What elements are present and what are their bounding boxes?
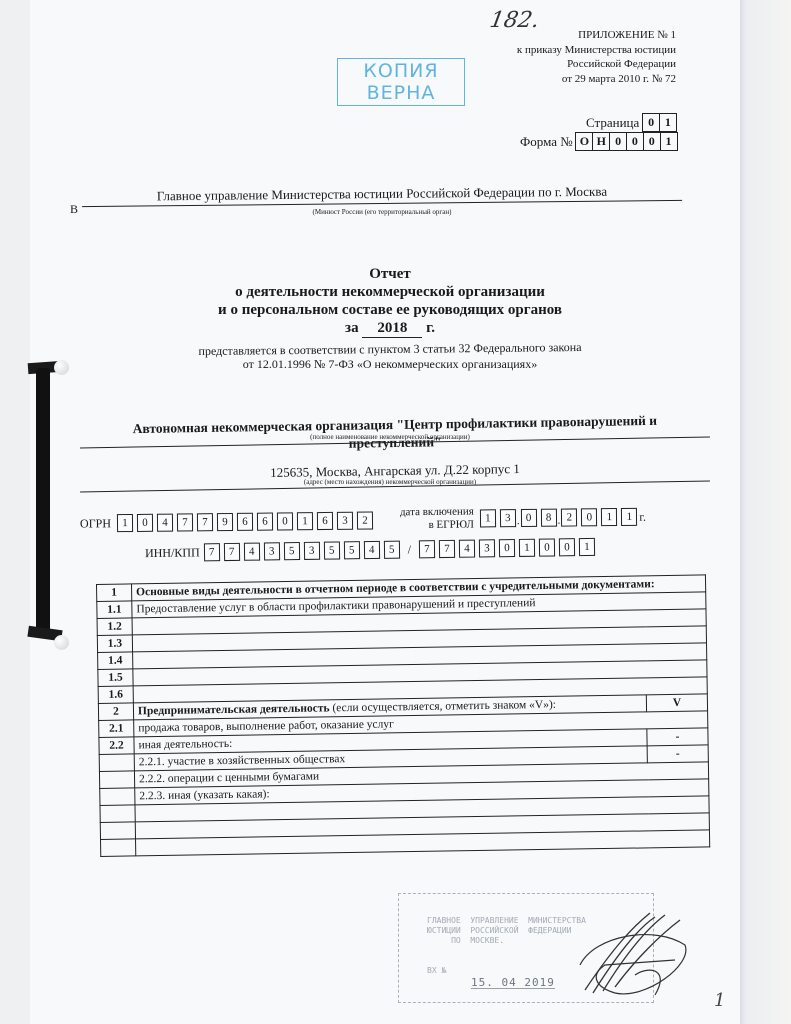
inn-kpp-separator: / bbox=[408, 542, 412, 557]
egrul-digit-cell: 8 bbox=[540, 509, 556, 527]
ogrn-field: ОГРН 1047796601632 bbox=[80, 511, 377, 532]
appendix-header: ПРИЛОЖЕНИЕ № 1 к приказу Министерства юс… bbox=[517, 28, 676, 86]
recipient-caption: (Минюст России (его территориальный орга… bbox=[82, 208, 682, 216]
appendix-line: ПРИЛОЖЕНИЕ № 1 bbox=[517, 28, 676, 43]
egrul-digit-cell: 1 bbox=[601, 508, 617, 526]
row-number: 2.1 bbox=[99, 720, 134, 738]
ogrn-digit-cell: 7 bbox=[177, 513, 193, 531]
kpp-digit-cell: 3 bbox=[479, 539, 495, 557]
ogrn-digit-cell: 6 bbox=[317, 512, 333, 530]
egrul-date-field: дата включения в ЕГРЮЛ 13.08.2011 г. bbox=[400, 504, 646, 533]
binding-ribbon bbox=[28, 360, 66, 645]
kpp-digit-cell: 1 bbox=[579, 538, 595, 556]
inn-digit-cell: 3 bbox=[304, 542, 320, 560]
kpp-digit-cell: 0 bbox=[499, 539, 515, 557]
egrul-digit-cell: 2 bbox=[561, 508, 577, 526]
form-digit-cell: 0 bbox=[643, 132, 661, 151]
inn-digit-cell: 7 bbox=[224, 543, 240, 561]
form-label: Форма № bbox=[520, 134, 573, 150]
appendix-line: от 29 марта 2010 г. № 72 bbox=[517, 72, 676, 87]
year-suffix: г. bbox=[426, 320, 435, 336]
row-number: 1 bbox=[97, 584, 132, 602]
row-number: 1.3 bbox=[97, 635, 132, 653]
appendix-line: Российской Федерации bbox=[517, 57, 676, 72]
egrul-date-cells: 13.08.2011 bbox=[480, 508, 642, 528]
row-number: 1.4 bbox=[98, 652, 133, 670]
row-number: 2.2 bbox=[99, 737, 134, 755]
page-number-field: Страница 01 bbox=[586, 113, 677, 132]
inn-digit-cell: 5 bbox=[324, 541, 340, 559]
appendix-line: к приказу Министерства юстиции bbox=[517, 43, 676, 58]
ogrn-label: ОГРН bbox=[80, 516, 111, 531]
form-number-field: Форма № ОН0001 bbox=[520, 132, 678, 151]
row-mark: - bbox=[647, 728, 708, 746]
row-number: 1.6 bbox=[98, 686, 133, 704]
report-subtitle-1: о деятельности некоммерческой организаци… bbox=[90, 284, 690, 301]
inn-digit-cell: 5 bbox=[284, 542, 300, 560]
stamp-line: КОПИЯ bbox=[338, 60, 464, 82]
org-name-caption: (полное наименование некоммерческой орга… bbox=[90, 433, 690, 441]
egrul-label: дата включения в ЕГРЮЛ bbox=[400, 506, 474, 533]
ogrn-digit-cell: 7 bbox=[197, 513, 213, 531]
page-digit-cell: 0 bbox=[642, 113, 660, 132]
form-digit-cell: 0 bbox=[626, 132, 644, 151]
stamp-line: ВЕРНА bbox=[338, 82, 464, 104]
egrul-digit-cell: 0 bbox=[581, 508, 597, 526]
egrul-digit-cell: 1 bbox=[480, 509, 496, 527]
incoming-number-label: ВХ № bbox=[427, 966, 446, 976]
row-number bbox=[100, 805, 135, 823]
row-number: 1.2 bbox=[97, 618, 132, 636]
copy-certified-stamp: КОПИЯ ВЕРНА bbox=[337, 58, 465, 106]
kpp-digit-cell: 1 bbox=[519, 539, 535, 557]
inn-kpp-label: ИНН/КПП bbox=[145, 545, 200, 561]
report-year-line: за 2018 г. bbox=[90, 320, 690, 338]
ogrn-digit-cell: 3 bbox=[337, 512, 353, 530]
form-digit-cell: 1 bbox=[660, 132, 678, 151]
inn-digit-cell: 4 bbox=[244, 543, 260, 561]
inn-digit-cell: 7 bbox=[204, 543, 220, 561]
inn-digit-cell: 3 bbox=[264, 542, 280, 560]
ogrn-digit-cell: 1 bbox=[117, 514, 133, 532]
row-number bbox=[100, 788, 135, 806]
date-separator: . bbox=[558, 515, 561, 527]
row-mark: - bbox=[647, 745, 708, 763]
row-number: 1.5 bbox=[98, 669, 133, 687]
row-mark: V bbox=[646, 694, 707, 712]
form-digit-cell: Н bbox=[592, 132, 610, 151]
egrul-year-suffix: г. bbox=[639, 509, 646, 524]
report-subtitle-2: и о персональном составе ее руководящих … bbox=[90, 302, 690, 319]
inn-digit-cell: 5 bbox=[344, 541, 360, 559]
row-number bbox=[99, 771, 134, 789]
ogrn-digit-cell: 9 bbox=[217, 513, 233, 531]
ogrn-digit-cell: 4 bbox=[157, 514, 173, 532]
registration-date: 15. 04 2019 bbox=[471, 978, 555, 989]
date-separator: . bbox=[517, 515, 520, 527]
form-digit-cell: О bbox=[575, 132, 593, 151]
egrul-digit-cell: 1 bbox=[621, 508, 637, 526]
recipient-prefix: В bbox=[70, 202, 78, 217]
kpp-digit-cell: 4 bbox=[459, 540, 475, 558]
row-number bbox=[100, 822, 135, 840]
page-cells: 01 bbox=[643, 113, 677, 132]
kpp-digit-cell: 0 bbox=[539, 538, 555, 556]
report-title: Отчет bbox=[90, 266, 690, 283]
activities-table: 1Основные виды деятельности в отчетном п… bbox=[96, 574, 710, 857]
ogrn-digit-cell: 0 bbox=[137, 514, 153, 532]
page-digit-cell: 1 bbox=[659, 113, 677, 132]
egrul-label-line: в ЕГРЮЛ bbox=[400, 519, 474, 533]
inn-digit-cell: 4 bbox=[364, 541, 380, 559]
ogrn-cells: 1047796601632 bbox=[117, 511, 377, 532]
kpp-cells: 774301001 bbox=[419, 538, 599, 559]
inn-digit-cell: 5 bbox=[384, 541, 400, 559]
kpp-digit-cell: 7 bbox=[419, 540, 435, 558]
ogrn-digit-cell: 2 bbox=[357, 511, 373, 529]
report-year: 2018 bbox=[362, 320, 422, 338]
address-caption: (адрес (место нахождения) некоммерческой… bbox=[90, 478, 690, 486]
registration-stamp-text: ГЛАВНОЕ УПРАВЛЕНИЕ МИНИСТЕРСТВА ЮСТИЦИИ … bbox=[427, 916, 586, 946]
egrul-digit-cell: 0 bbox=[520, 509, 536, 527]
signature-icon bbox=[575, 905, 695, 1000]
handwritten-page-number: 1 bbox=[714, 990, 725, 1011]
page-label: Страница bbox=[586, 115, 639, 131]
inn-cells: 7743535545 bbox=[204, 541, 404, 562]
kpp-digit-cell: 7 bbox=[439, 540, 455, 558]
kpp-digit-cell: 0 bbox=[559, 538, 575, 556]
ogrn-digit-cell: 1 bbox=[297, 512, 313, 530]
page-edge bbox=[740, 0, 791, 1024]
row-number: 1.1 bbox=[97, 601, 132, 619]
egrul-digit-cell: 3 bbox=[500, 509, 516, 527]
ogrn-digit-cell: 6 bbox=[237, 513, 253, 531]
ogrn-digit-cell: 6 bbox=[257, 513, 273, 531]
form-cells: ОН0001 bbox=[577, 132, 678, 151]
legal-basis-note-2: от 12.01.1996 № 7-ФЗ «О некоммерческих о… bbox=[90, 357, 690, 372]
year-prefix: за bbox=[345, 320, 359, 336]
row-number: 2 bbox=[98, 703, 133, 721]
row-number bbox=[101, 839, 136, 857]
row-number bbox=[99, 754, 134, 772]
form-digit-cell: 0 bbox=[609, 132, 627, 151]
ogrn-digit-cell: 0 bbox=[277, 512, 293, 530]
egrul-label-line: дата включения bbox=[400, 506, 474, 520]
